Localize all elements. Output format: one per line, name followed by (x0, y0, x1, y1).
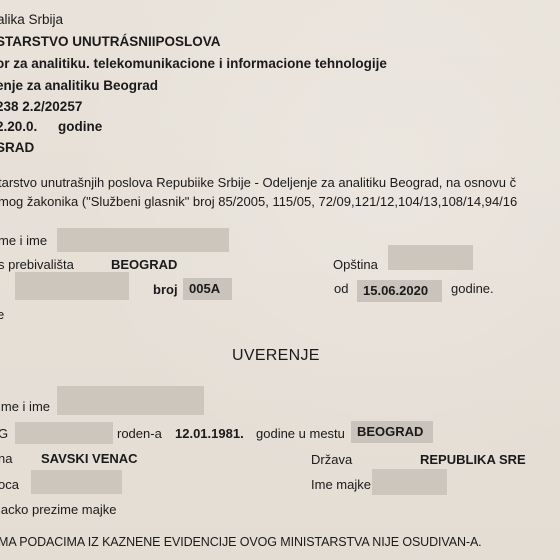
applicant-number-value: 005A (183, 278, 232, 300)
certificate-jmbg-label: G (0, 426, 8, 441)
certificate-born-label: roden-a (117, 426, 162, 441)
certificate-born-date: 12.01.1981. (175, 426, 244, 441)
certificate-mother-label: Ime majke (311, 477, 371, 492)
certificate-father-label: oca (0, 477, 19, 492)
header-directorate: or za analitiku. telekomunikacione i inf… (0, 56, 387, 72)
document-page: alika Srbija STARSTVO UNUTRÁSNIIPOSLOVA … (0, 0, 560, 560)
header-date: 2.20.0. (0, 119, 37, 135)
header-reference-number: 238 2.2/20257 (0, 99, 82, 115)
certificate-mother-maiden-label: jacko prezime majke (0, 502, 117, 517)
certificate-father-redacted (31, 470, 122, 494)
applicant-residence-label: s prebivališta (0, 257, 74, 272)
certificate-municipality-label: na (0, 451, 12, 466)
applicant-name-redacted (57, 228, 229, 252)
certificate-born-place-value: BEOGRAD (351, 421, 433, 443)
certificate-country-label: Država (311, 452, 352, 467)
applicant-municipality-label: Opština (333, 257, 378, 272)
applicant-since-label: od (334, 281, 348, 296)
certificate-born-place-label: godine u mestu (256, 426, 345, 441)
applicant-name-label: me i ime (0, 233, 47, 248)
applicant-residence-value: BEOGRAD (111, 257, 177, 272)
certificate-country-value: REPUBLIKA SRE (420, 452, 526, 467)
header-date-suffix: godine (58, 119, 102, 135)
applicant-trailing-label: e (0, 307, 4, 322)
header-ministry: STARSTVO UNUTRÁSNIIPOSLOVA (0, 34, 221, 50)
header-department: enje za analitiku Beograd (0, 78, 158, 94)
certificate-name-redacted (57, 386, 204, 415)
applicant-municipality-redacted (388, 245, 473, 270)
applicant-street-redacted (15, 272, 129, 300)
certificate-mother-redacted (372, 469, 447, 495)
certificate-statement: MA PODACIMA IZ KAZNENE EVIDENCIJE OVOG M… (0, 535, 482, 549)
applicant-number-label: broj (153, 282, 178, 297)
intro-line-1: tarstvo unutrašnjih poslova Repubiike Sr… (0, 175, 516, 190)
certificate-title: UVERENJE (232, 347, 320, 365)
header-country: alika Srbija (0, 12, 63, 28)
header-city: SRAD (0, 140, 34, 156)
certificate-name-label: ime i ime (0, 399, 50, 414)
applicant-since-suffix: godine. (451, 281, 494, 296)
certificate-jmbg-redacted (15, 422, 113, 444)
certificate-municipality-value: SAVSKI VENAC (41, 451, 138, 466)
applicant-since-value: 15.06.2020 (357, 280, 442, 302)
intro-line-2: mog žakonika ("Službeni glasnik" broj 85… (0, 194, 517, 209)
